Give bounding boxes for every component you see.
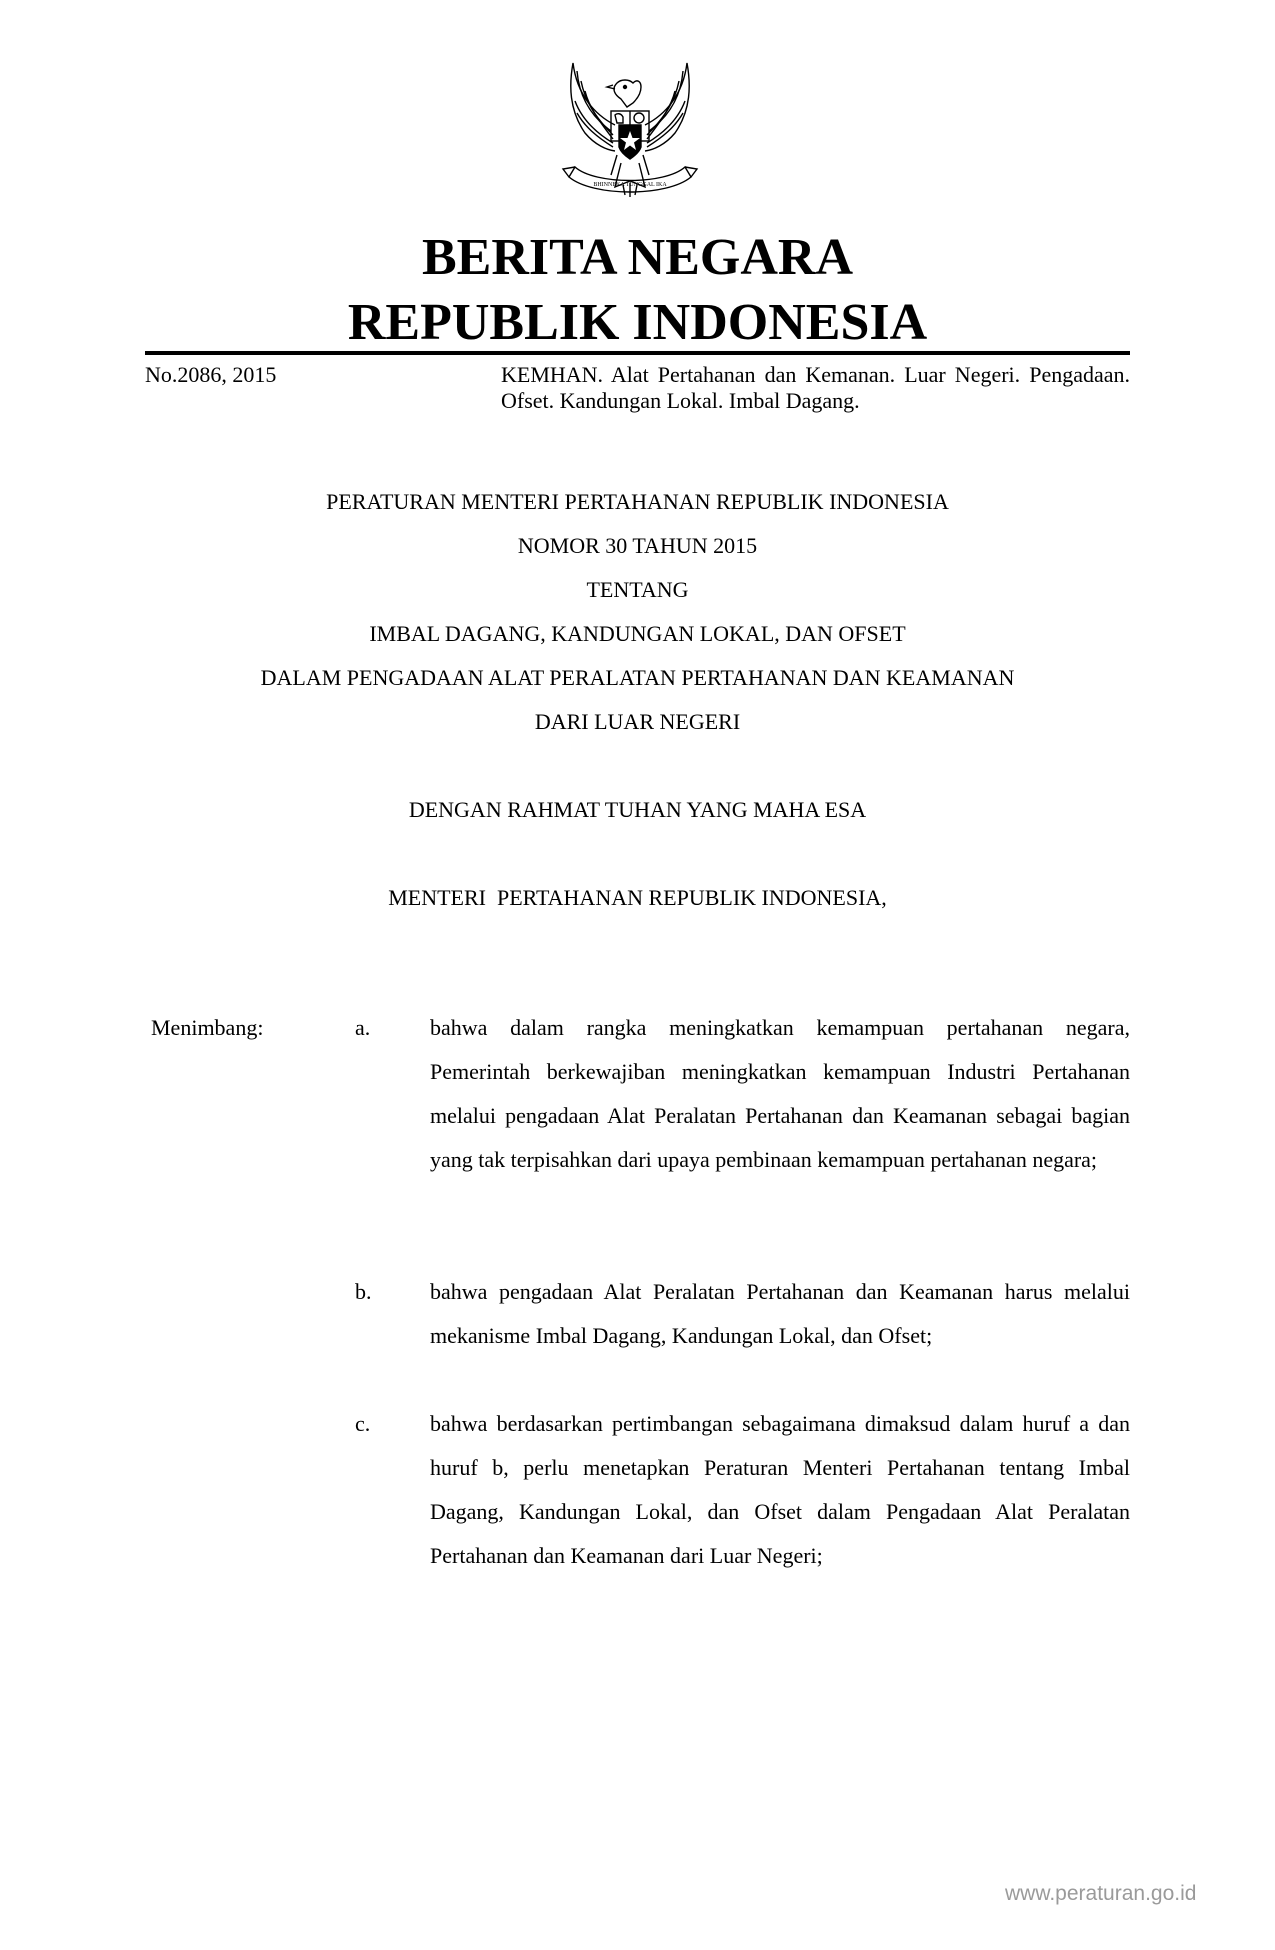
regulation-subject-line3: DARI LUAR NEGERI [0,709,1275,735]
consideration-text: bahwa berdasarkan pertimbangan sebagaima… [430,1402,1130,1578]
regulation-subject-line2: DALAM PENGADAAN ALAT PERALATAN PERTAHANA… [0,665,1275,691]
site-watermark: www.peraturan.go.id [1005,1882,1196,1906]
consideration-text: bahwa dalam rangka meningkatkan kemampua… [430,1006,1130,1182]
considerations-label: Menimbang: [151,1015,263,1041]
consideration-letter: b. [355,1279,372,1305]
regulation-about: TENTANG [0,577,1275,603]
gazette-subject: KEMHAN. Alat Pertahanan dan Kemanan. Lua… [501,362,1130,414]
masthead-subtitle: REPUBLIK INDONESIA [0,297,1275,349]
preamble-blessing: DENGAN RAHMAT TUHAN YANG MAHA ESA [0,797,1275,823]
consideration-letter: c. [355,1411,370,1437]
preamble-authority: MENTERI PERTAHANAN REPUBLIK INDONESIA, [0,885,1275,911]
emblem-motto: BHINNEKA TUNGGAL IKA [593,182,667,188]
regulation-subject-line1: IMBAL DAGANG, KANDUNGAN LOKAL, DAN OFSET [0,621,1275,647]
regulation-title: PERATURAN MENTERI PERTAHANAN REPUBLIK IN… [0,489,1275,515]
regulation-number: NOMOR 30 TAHUN 2015 [0,533,1275,559]
gazette-number: No.2086, 2015 [145,362,276,388]
masthead-rule [145,351,1130,355]
garuda-pancasila-emblem-icon: BHINNEKA TUNGGAL IKA [555,55,705,215]
consideration-text: bahwa pengadaan Alat Peralatan Pertahana… [430,1270,1130,1358]
masthead-title: BERITA NEGARA [0,232,1275,284]
consideration-letter: a. [355,1015,370,1041]
